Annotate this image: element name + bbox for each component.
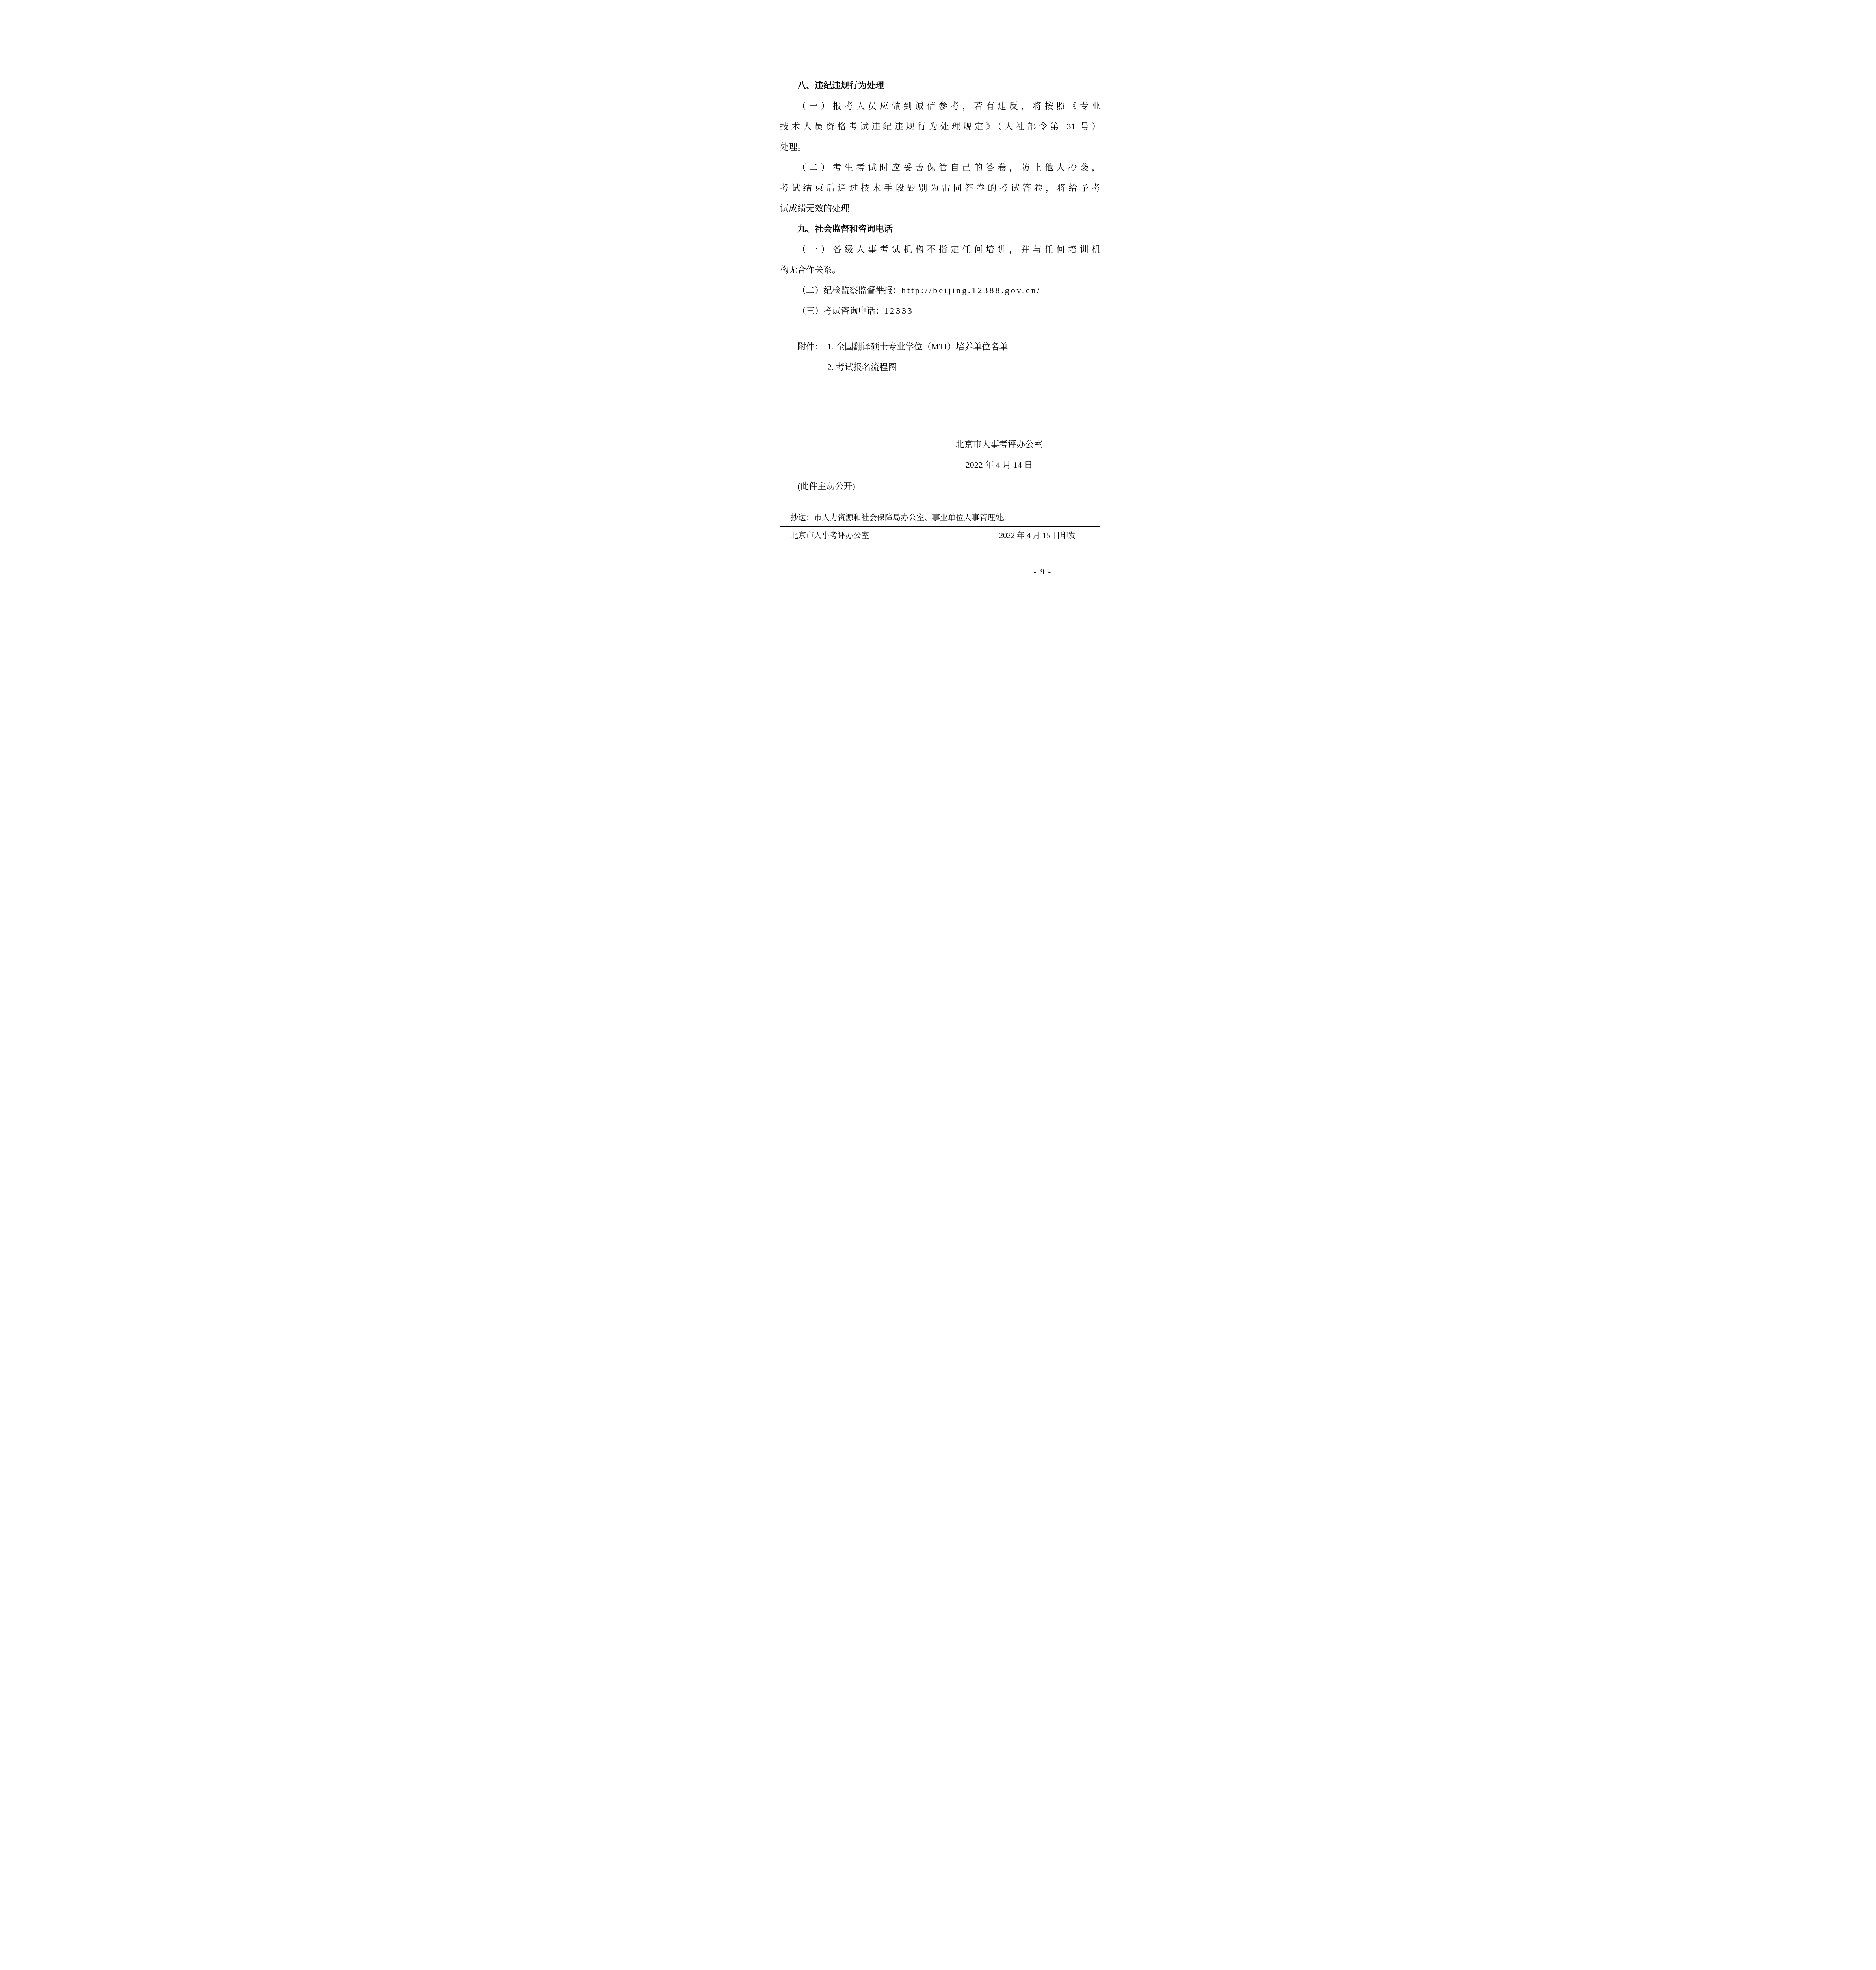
page-number: - 9 - [1019,566,1066,578]
consult-phone-number: 12333 [884,306,914,316]
footer-cc-line: 抄送：市人力资源和社会保障局办公室、事业单位人事管理处。 [780,510,1100,526]
signature-date: 2022 年 4 月 14 日 [940,454,1058,475]
footer-divider-middle [780,526,1100,527]
document-page: 八、违纪违规行为处理 （一）报考人员应做到诚信参考，若有违反，将按照《专业 技术… [721,0,1155,613]
supervision-report-line: （二）纪检监察监督举报：http://beijing.12388.gov.cn/ [780,280,1100,301]
footer-divider-top [780,509,1100,509]
supervision-report-url: http://beijing.12388.gov.cn/ [901,285,1041,295]
section-9-para-1-line-1: （一）各级人事考试机构不指定任何培训，并与任何培训机 [780,239,1100,260]
section-8-para-1-line-1: （一）报考人员应做到诚信参考，若有违反，将按照《专业 [780,95,1100,116]
footer-divider-bottom [780,543,1100,543]
section-8-para-2-line-1: （二）考生考试时应妥善保管自己的答卷，防止他人抄袭， [780,157,1100,178]
section-9-heading: 九、社会监督和咨询电话 [780,218,1100,239]
disclosure-note: (此件主动公开) [780,476,1100,496]
footer-print-date: 2022 年 4 月 15 日印发 [999,528,1076,544]
section-8-para-1-line-3: 处理。 [780,136,1100,157]
section-9-para-1-line-2: 构无合作关系。 [780,259,1100,280]
attachments-label: 附件： [797,336,827,357]
consult-phone-label: （三）考试咨询电话： [797,306,884,316]
section-8-para-2-line-2: 考试结束后通过技术手段甄别为雷同答卷的考试答卷，将给予考 [780,177,1100,198]
section-8-heading: 八、违纪违规行为处理 [780,75,1100,96]
attachments-line-1: 附件：1. 全国翻译硕士专业学位（MTI）培养单位名单 [780,336,1100,357]
signature-org: 北京市人事考评办公室 [940,434,1058,455]
attachment-item-1: 1. 全国翻译硕士专业学位（MTI）培养单位名单 [827,342,1008,351]
supervision-report-label: （二）纪检监察监督举报： [797,285,901,295]
footer-issuer-row: 北京市人事考评办公室 2022 年 4 月 15 日印发 [780,528,1100,544]
attachment-item-2: 2. 考试报名流程图 [780,357,1148,377]
footer-issuer: 北京市人事考评办公室 [790,528,869,544]
section-8-para-1-line-2: 技术人员资格考试违纪违规行为处理规定》（人社部令第 31 号） [780,116,1100,137]
consult-phone-line: （三）考试咨询电话：12333 [780,300,1100,321]
section-8-para-2-line-3: 试成绩无效的处理。 [780,198,1100,219]
